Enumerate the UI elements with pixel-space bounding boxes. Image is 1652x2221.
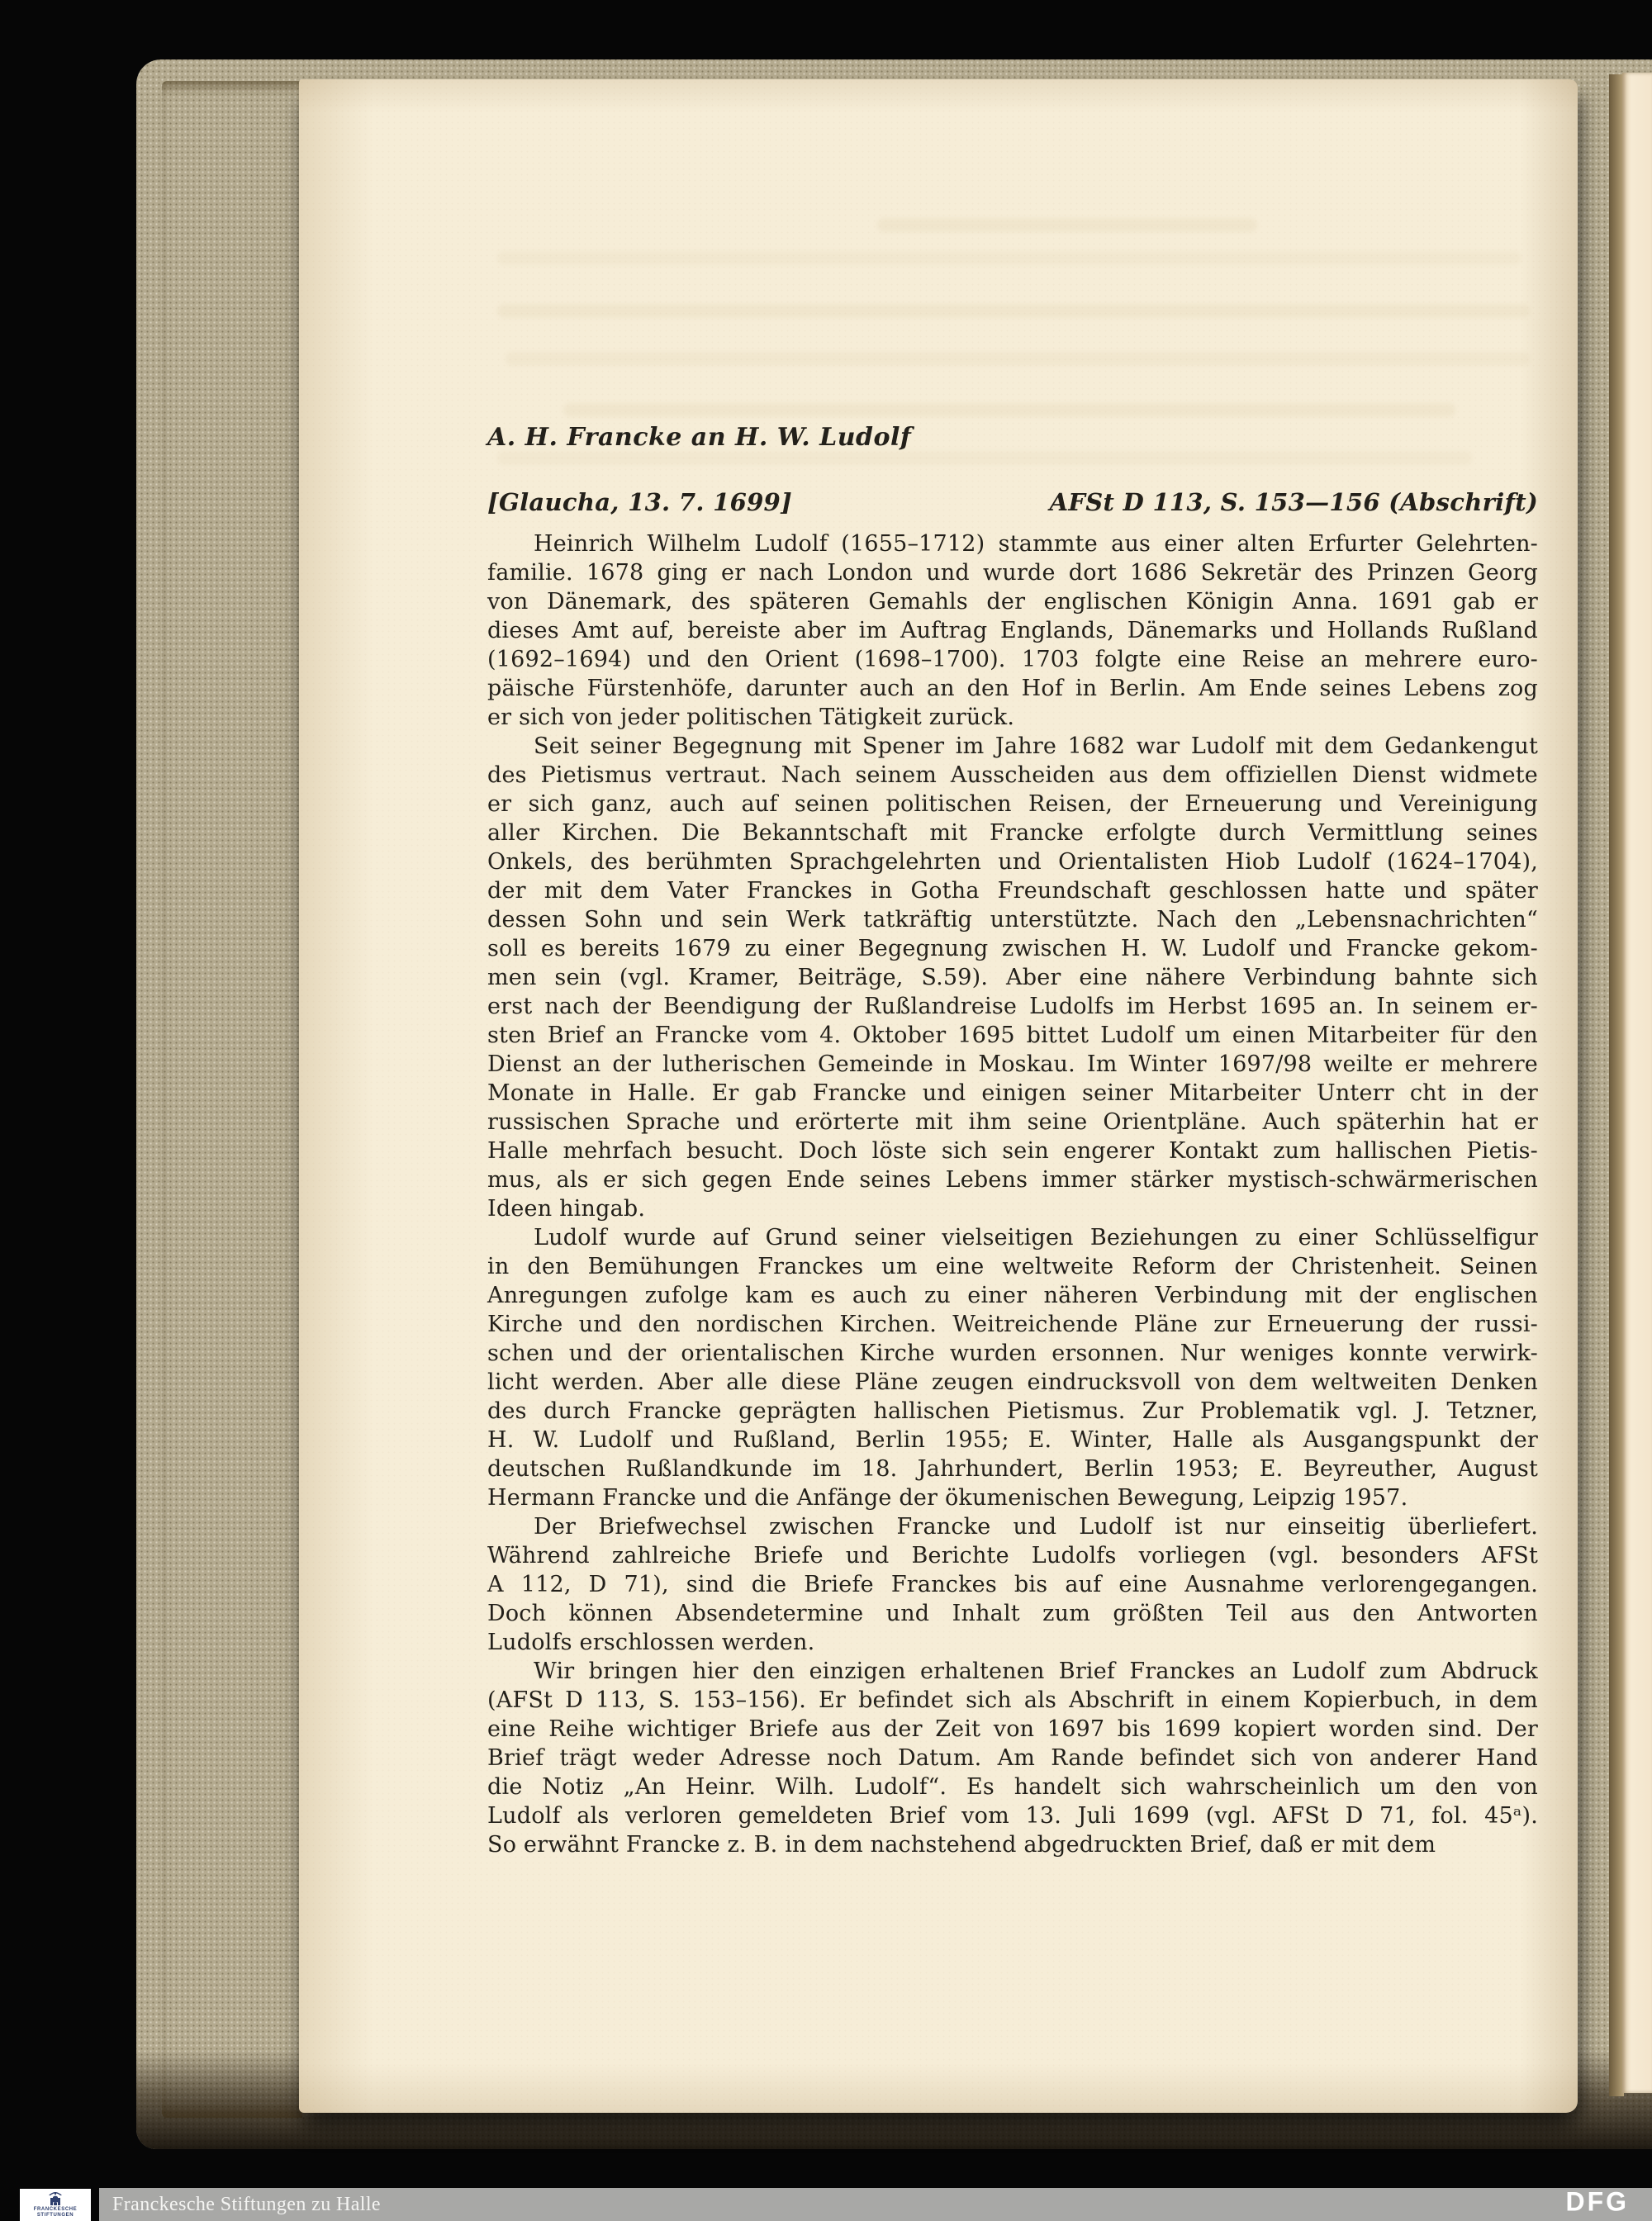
text-line: Doch können Absendetermine und Inhalt zu… [487, 1599, 1538, 1628]
text-line: Ideen hingab. [487, 1194, 1538, 1223]
text-line: in den Bemühungen Franckes um eine weltw… [487, 1252, 1538, 1281]
text-line: Ludolf als verloren gemeldeten Brief vom… [487, 1801, 1538, 1830]
paragraph: Heinrich Wilhelm Ludolf (1655–1712) stam… [487, 529, 1538, 732]
paragraph: Der Briefwechsel zwischen Francke und Lu… [487, 1512, 1538, 1657]
letter-place-date: [Glaucha, 13. 7. 1699] [487, 486, 792, 518]
text-line: Der Briefwechsel zwischen Francke und Lu… [487, 1512, 1538, 1541]
text-line: Anregungen zufolge kam es auch zu einer … [487, 1281, 1538, 1310]
text-line: von Dänemark, des späteren Gemahls der e… [487, 587, 1538, 616]
text-line: Onkels, des berühmten Sprachgelehrten un… [487, 847, 1538, 876]
footer-gray-bar: Franckesche Stiftungen zu Halle [99, 2188, 1652, 2221]
text-line: Brief trägt weder Adresse noch Datum. Am… [487, 1744, 1538, 1773]
text-line: Ludolf wurde auf Grund seiner vielseitig… [487, 1223, 1538, 1252]
text-line: Hermann Francke und die Anfänge der ökum… [487, 1483, 1538, 1512]
text-line: Heinrich Wilhelm Ludolf (1655–1712) stam… [487, 529, 1538, 558]
text-line: Seit seiner Begegnung mit Spener im Jahr… [487, 732, 1538, 761]
text-line: deutschen Rußlandkunde im 18. Jahrhunder… [487, 1455, 1538, 1483]
text-line: H. W. Ludolf und Rußland, Berlin 1955; E… [487, 1426, 1538, 1455]
text-line: So erwähnt Francke z. B. in dem nachsteh… [487, 1830, 1538, 1859]
text-line: er sich von jeder politischen Tätigkeit … [487, 703, 1538, 732]
paragraph: Ludolf wurde auf Grund seiner vielseitig… [487, 1223, 1538, 1512]
text-line: dieses Amt auf, bereiste aber im Auftrag… [487, 616, 1538, 645]
text-line: (AFSt D 113, S. 153–156). Er befindet si… [487, 1686, 1538, 1715]
text-line: sten Brief an Francke vom 4. Oktober 169… [487, 1021, 1538, 1050]
next-page-edge [1622, 73, 1652, 2093]
letter-introduction: A. H. Francke an H. W. Ludolf [Glaucha, … [487, 422, 1538, 1859]
show-through-text [563, 403, 1455, 417]
dfg-logo: DFG [1565, 2187, 1629, 2218]
franckesche-stiftungen-logo: FRANCKESCHE STIFTUNGEN [20, 2189, 91, 2221]
show-through-text [506, 352, 1530, 366]
text-line: er sich ganz, auch auf seinen politische… [487, 790, 1538, 819]
text-line: des durch Francke geprägten hallischen P… [487, 1397, 1538, 1426]
text-line: licht werden. Aber alle diese Pläne zeug… [487, 1368, 1538, 1397]
letter-body: Heinrich Wilhelm Ludolf (1655–1712) stam… [487, 529, 1538, 1859]
text-line: A 112, D 71), sind die Briefe Franckes b… [487, 1570, 1538, 1599]
logo-text-line1: FRANCKESCHE [34, 2207, 78, 2213]
viewer-footer-bar: Franckesche Stiftungen zu Halle FRANCKES… [0, 2183, 1652, 2221]
logo-text-line2: STIFTUNGEN [37, 2213, 74, 2219]
text-line: russischen Sprache und erörterte mit ihm… [487, 1108, 1538, 1137]
text-line: soll es bereits 1679 zu einer Begegnung … [487, 934, 1538, 963]
letter-source-reference: AFSt D 113, S. 153—156 (Abschrift) [1050, 486, 1538, 518]
text-line: Dienst an der lutherischen Gemeinde in M… [487, 1050, 1538, 1079]
text-line: Während zahlreiche Briefe und Berichte L… [487, 1541, 1538, 1570]
text-line: aller Kirchen. Die Bekanntschaft mit Fra… [487, 819, 1538, 847]
institution-name: Franckesche Stiftungen zu Halle [112, 2194, 381, 2216]
text-line: men sein (vgl. Kramer, Beiträge, S.59). … [487, 963, 1538, 992]
text-line: der mit dem Vater Franckes in Gotha Freu… [487, 876, 1538, 905]
text-line: familie. 1678 ging er nach London und wu… [487, 558, 1538, 587]
paragraph: Seit seiner Begegnung mit Spener im Jahr… [487, 732, 1538, 1223]
text-line: Ludolfs erschlossen werden. [487, 1628, 1538, 1657]
page-edge-stack [162, 81, 302, 2118]
text-line: des Pietismus vertraut. Nach seinem Auss… [487, 761, 1538, 790]
text-line: päische Fürstenhöfe, darunter auch an de… [487, 674, 1538, 703]
show-through-text [497, 304, 1530, 318]
text-line: dessen Sohn und sein Werk tatkräftig unt… [487, 905, 1538, 934]
letter-title: A. H. Francke an H. W. Ludolf [487, 422, 1538, 453]
show-through-text [497, 251, 1521, 265]
franckesche-logo-icon [46, 2190, 64, 2207]
text-line: Kirche und den nordischen Kirchen. Weitr… [487, 1310, 1538, 1339]
text-line: Wir bringen hier den einzigen erhaltenen… [487, 1657, 1538, 1686]
text-line: (1692–1694) und den Orient (1698–1700). … [487, 645, 1538, 674]
text-line: Halle mehrfach besucht. Doch löste sich … [487, 1137, 1538, 1165]
text-line: die Notiz „An Heinr. Wilh. Ludolf“. Es h… [487, 1773, 1538, 1801]
text-line: eine Reihe wichtiger Briefe aus der Zeit… [487, 1715, 1538, 1744]
scan-viewer: { "colors": { "background": "#060606", "… [0, 0, 1652, 2221]
text-line: mus, als er sich gegen Ende seines Leben… [487, 1165, 1538, 1194]
paragraph: Wir bringen hier den einzigen erhaltenen… [487, 1657, 1538, 1859]
show-through-text [877, 218, 1257, 232]
letter-meta-row: [Glaucha, 13. 7. 1699] AFSt D 113, S. 15… [487, 486, 1538, 518]
text-line: Monate in Halle. Er gab Francke und eini… [487, 1079, 1538, 1108]
book-page: A. H. Francke an H. W. Ludolf [Glaucha, … [299, 79, 1578, 2113]
text-line: erst nach der Beendigung der Rußlandreis… [487, 992, 1538, 1021]
text-line: schen und der orientalischen Kirche wurd… [487, 1339, 1538, 1368]
